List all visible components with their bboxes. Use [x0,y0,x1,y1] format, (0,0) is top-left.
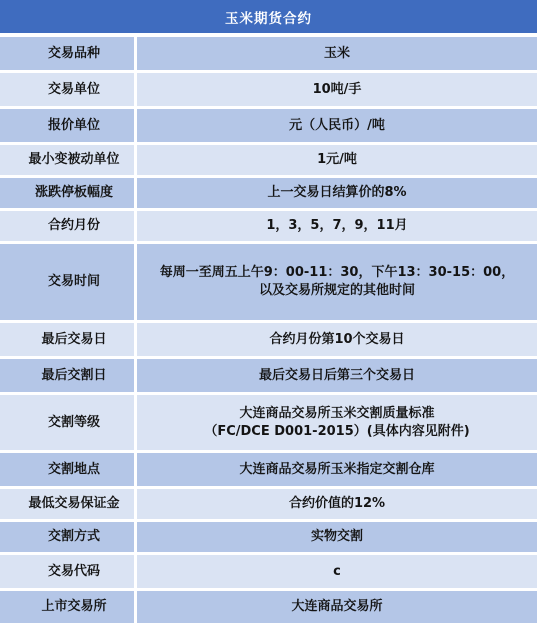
row-label: 交割方式 [0,522,137,552]
table-row: 合约月份1，3，5，7，9，11月 [0,211,537,241]
row-label: 交易品种 [0,37,137,70]
row-value: 玉米 [137,37,537,70]
table-row: 最低交易保证金合约价值的12% [0,489,537,519]
row-label: 上市交易所 [0,591,137,623]
row-value: 每周一至周五上午9：00-11：30，下午13：30-15：00， 以及交易所规… [137,244,537,320]
row-label: 合约月份 [0,211,137,241]
row-value: 合约价值的12% [137,489,537,519]
row-label: 交割等级 [0,395,137,450]
row-value: 实物交割 [137,522,537,552]
table-row: 报价单位元（人民币）/吨 [0,109,537,142]
row-label: 报价单位 [0,109,137,142]
row-value: 1元/吨 [137,145,537,175]
table-row: 交易代码c [0,555,537,588]
row-value: 大连商品交易所玉米交割质量标准 （FC/DCE D001-2015）(具体内容见… [137,395,537,450]
table-body: 交易品种玉米交易单位10吨/手报价单位元（人民币）/吨最小变被动单位1元/吨涨跌… [0,37,537,623]
table-row: 交易单位10吨/手 [0,73,537,106]
row-value: c [137,555,537,588]
row-label: 交易代码 [0,555,137,588]
table-row: 交易品种玉米 [0,37,537,70]
table-title: 玉米期货合约 [0,0,537,33]
table-row: 交易时间每周一至周五上午9：00-11：30，下午13：30-15：00， 以及… [0,244,537,320]
row-label: 最后交割日 [0,359,137,392]
table-row: 最小变被动单位1元/吨 [0,145,537,175]
row-value: 大连商品交易所 [137,591,537,623]
table-row: 涨跌停板幅度上一交易日结算价的8% [0,178,537,208]
row-value: 大连商品交易所玉米指定交割仓库 [137,453,537,486]
table-row: 最后交割日最后交易日后第三个交易日 [0,359,537,392]
row-label: 最低交易保证金 [0,489,137,519]
row-label: 交易单位 [0,73,137,106]
row-label: 交割地点 [0,453,137,486]
row-value: 合约月份第10个交易日 [137,323,537,356]
table-row: 交割地点大连商品交易所玉米指定交割仓库 [0,453,537,486]
table-row: 上市交易所大连商品交易所 [0,591,537,623]
table-row: 交割等级大连商品交易所玉米交割质量标准 （FC/DCE D001-2015）(具… [0,395,537,450]
table-row: 交割方式实物交割 [0,522,537,552]
futures-contract-spec-table: 玉米期货合约 交易品种玉米交易单位10吨/手报价单位元（人民币）/吨最小变被动单… [0,0,537,623]
row-label: 交易时间 [0,244,137,320]
row-label: 最后交易日 [0,323,137,356]
row-label: 涨跌停板幅度 [0,178,137,208]
row-value: 1，3，5，7，9，11月 [137,211,537,241]
row-value: 上一交易日结算价的8% [137,178,537,208]
row-value: 元（人民币）/吨 [137,109,537,142]
row-value: 最后交易日后第三个交易日 [137,359,537,392]
row-value: 10吨/手 [137,73,537,106]
row-label: 最小变被动单位 [0,145,137,175]
table-row: 最后交易日合约月份第10个交易日 [0,323,537,356]
